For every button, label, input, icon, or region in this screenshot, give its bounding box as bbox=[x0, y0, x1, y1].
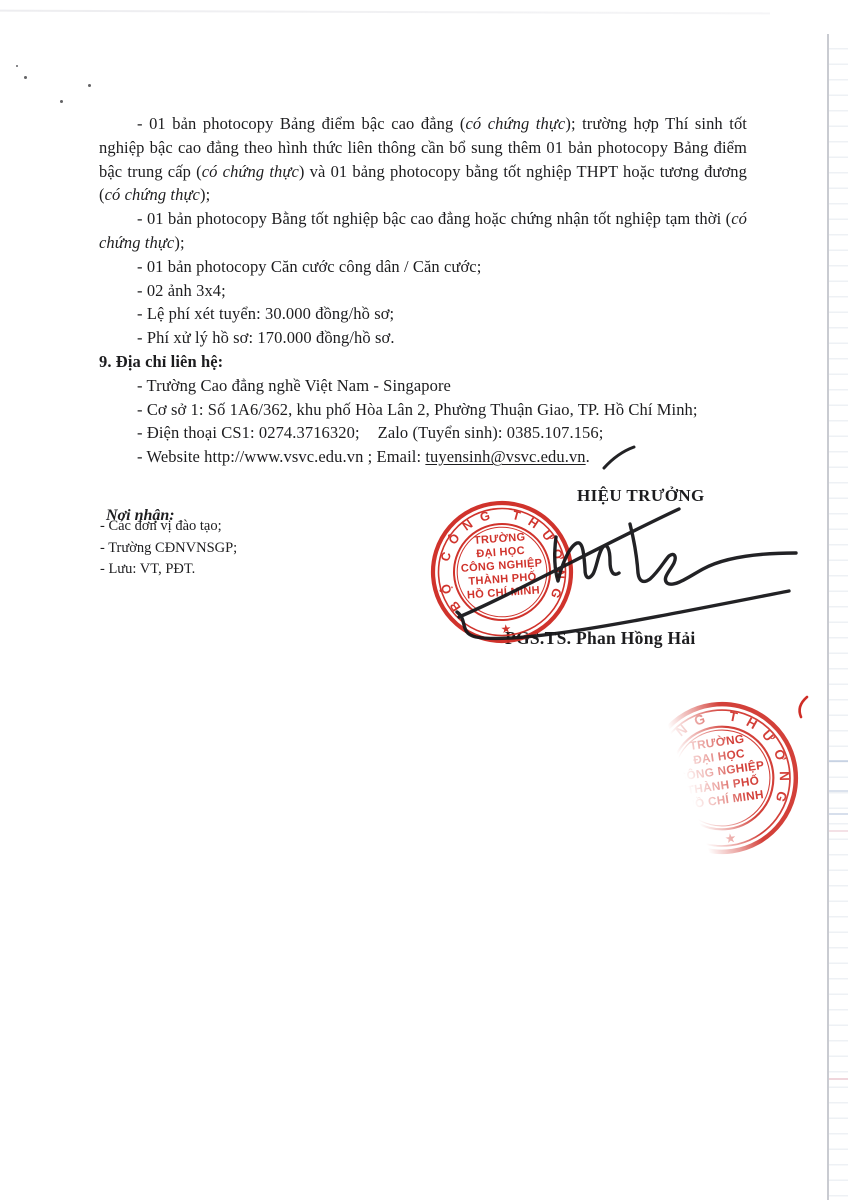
recipient-item: - Lưu: VT, PĐT. bbox=[100, 559, 237, 581]
email-text: tuyensinh@vsvc.edu.vn bbox=[425, 447, 585, 466]
text-run: - Phí xử lý hồ sơ: 170.000 đồng/hồ sơ. bbox=[137, 328, 395, 347]
stamp-smudge bbox=[800, 697, 807, 717]
text-run: có chứng thực bbox=[105, 185, 200, 204]
scan-speck bbox=[16, 65, 18, 67]
scan-speck bbox=[60, 100, 63, 103]
body-paragraph: - Website http://www.vsvc.edu.vn ; Email… bbox=[99, 445, 747, 469]
text-run: có chứng thực bbox=[465, 114, 565, 133]
body-paragraph: - 01 bản photocopy Căn cước công dân / C… bbox=[99, 255, 747, 279]
scan-streak bbox=[0, 10, 770, 15]
ruled-line bbox=[829, 1078, 848, 1080]
document-body: - 01 bản photocopy Bảng điểm bậc cao đẳn… bbox=[99, 112, 747, 469]
body-paragraph: - Phí xử lý hồ sơ: 170.000 đồng/hồ sơ. bbox=[99, 326, 747, 350]
body-paragraph: 9. Địa chỉ liên hệ: bbox=[99, 350, 747, 374]
text-run: Zalo (Tuyển sinh): 0385.107.156; bbox=[378, 423, 604, 442]
university-stamp: BỘ CÔNG THƯƠNG TRƯỜNG ĐẠI HỌC CÔNG NGHIỆ… bbox=[417, 487, 588, 658]
ruled-line bbox=[829, 813, 848, 815]
scan-speck bbox=[24, 76, 27, 79]
ruled-line bbox=[829, 790, 848, 792]
stamp-star-icon: ★ bbox=[500, 622, 512, 637]
partial-stamp: BỘ CÔNG THƯƠNG TRƯỜNG ĐẠI HỌC CÔNG NGHIỆ… bbox=[625, 681, 818, 874]
ruled-line bbox=[829, 760, 848, 762]
text-run: - Điện thoại CS1: 0274.3716320; bbox=[137, 423, 360, 442]
body-paragraph: - Cơ sở 1: Số 1A6/362, khu phố Hòa Lân 2… bbox=[99, 398, 747, 422]
stamp-star-icon: ★ bbox=[724, 830, 737, 846]
text-run: có chứng thực bbox=[202, 162, 299, 181]
recipient-item: - Trường CĐNVNSGP; bbox=[100, 538, 237, 560]
recipient-item: - Các đơn vị đào tạo; bbox=[100, 516, 237, 538]
text-run: - Trường Cao đẳng nghề Việt Nam - Singap… bbox=[137, 376, 451, 395]
text-run: - Cơ sở 1: Số 1A6/362, khu phố Hòa Lân 2… bbox=[137, 400, 698, 419]
recipients-list: - Các đơn vị đào tạo;- Trường CĐNVNSGP;-… bbox=[100, 516, 237, 581]
signer-title: HIỆU TRƯỞNG bbox=[577, 486, 705, 506]
ruled-line bbox=[829, 830, 848, 832]
scan-edge-strip bbox=[829, 34, 848, 1200]
text-run: - 01 bản photocopy Bảng điểm bậc cao đẳn… bbox=[137, 114, 465, 133]
scan-speck bbox=[88, 84, 91, 87]
text-run: - Website http://www.vsvc.edu.vn ; Email… bbox=[137, 447, 425, 466]
body-paragraph: - 01 bản photocopy Bảng điểm bậc cao đẳn… bbox=[99, 112, 747, 207]
body-paragraph: - Điện thoại CS1: 0274.3716320;Zalo (Tuy… bbox=[99, 421, 747, 445]
text-run: - 01 bản photocopy Bằng tốt nghiệp bậc c… bbox=[137, 209, 731, 228]
text-run: ); bbox=[174, 233, 184, 252]
scanned-document-page: { "colors": { "ink": "#1d1d1f", "stamp_r… bbox=[0, 0, 848, 1200]
text-run: - Lệ phí xét tuyển: 30.000 đồng/hồ sơ; bbox=[137, 304, 394, 323]
body-paragraph: - 02 ảnh 3x4; bbox=[99, 279, 747, 303]
stamp-graphic: BỘ CÔNG THƯƠNG TRƯỜNG ĐẠI HỌC CÔNG NGHIỆ… bbox=[625, 681, 818, 874]
body-paragraph: - 01 bản photocopy Bằng tốt nghiệp bậc c… bbox=[99, 207, 747, 255]
text-run: - 01 bản photocopy Căn cước công dân / C… bbox=[137, 257, 481, 276]
text-run: 9. Địa chỉ liên hệ: bbox=[99, 352, 223, 371]
body-paragraph: - Lệ phí xét tuyển: 30.000 đồng/hồ sơ; bbox=[99, 302, 747, 326]
body-paragraph: - Trường Cao đẳng nghề Việt Nam - Singap… bbox=[99, 374, 747, 398]
text-run: - 02 ảnh 3x4; bbox=[137, 281, 226, 300]
stamp-graphic: BỘ CÔNG THƯƠNG TRƯỜNG ĐẠI HỌC CÔNG NGHIỆ… bbox=[417, 487, 588, 658]
text-run: ); bbox=[200, 185, 210, 204]
document-page: - 01 bản photocopy Bảng điểm bậc cao đẳn… bbox=[0, 0, 848, 1200]
text-run: . bbox=[586, 447, 590, 466]
